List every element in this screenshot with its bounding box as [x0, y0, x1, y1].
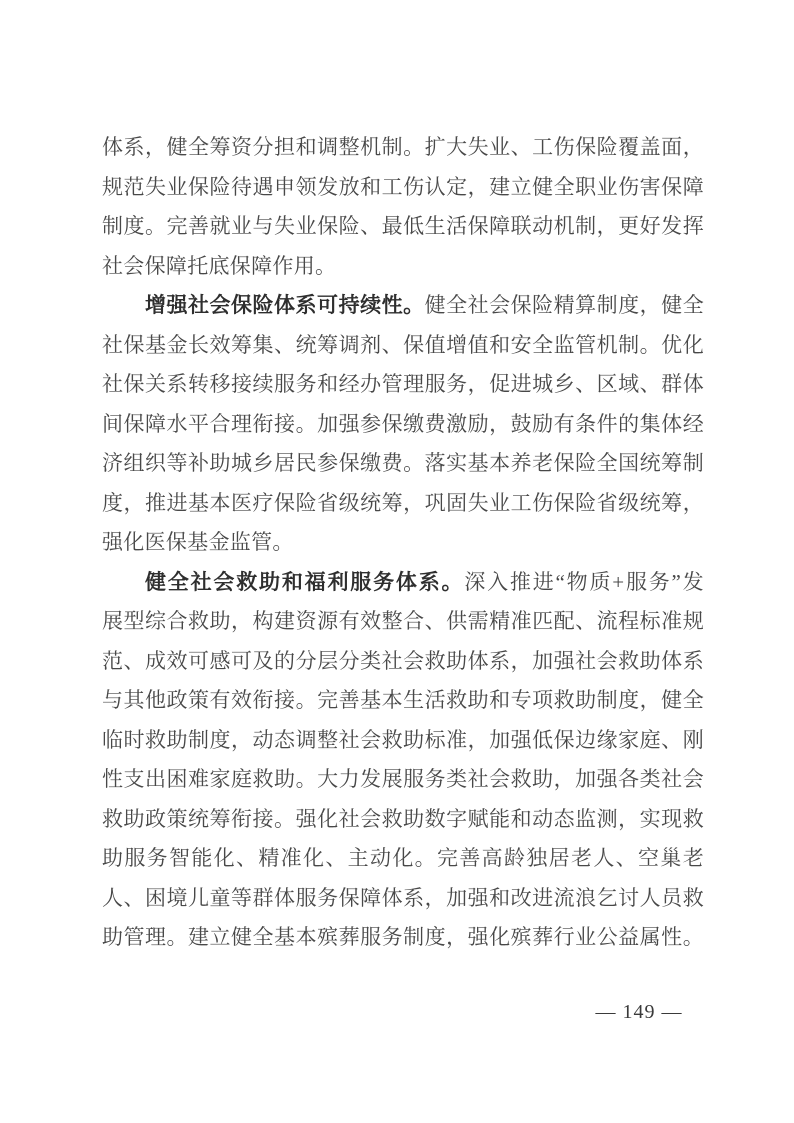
- text-line: 社保关系转移接续服务和经办管理服务，促进城乡、区域、群体: [102, 365, 704, 405]
- text-line: 展型综合救助，构建资源有效整合、供需精准匹配、流程标准规: [102, 602, 704, 642]
- text-line: 增强社会保险体系可持续性。健全社会保险精算制度，健全: [102, 286, 704, 326]
- text-line: 与其他政策有效衔接。完善基本生活救助和专项救助制度，健全: [102, 681, 704, 721]
- text-line: 济组织等补助城乡居民参保缴费。落实基本养老保险全国统筹制: [102, 444, 704, 484]
- page-number: — 149 —: [561, 1000, 717, 1024]
- text-line: 性支出困难家庭救助。大力发展服务类社会救助，加强各类社会: [102, 760, 704, 800]
- text-line: 健全社会救助和福利服务体系。深入推进“物质+服务”发: [102, 563, 704, 603]
- paragraph-lead-bold: 增强社会保险体系可持续性。: [145, 293, 425, 317]
- body-text: 体系，健全筹资分担和调整机制。扩大失业、工伤保险覆盖面，规范失业保险待遇申领发放…: [102, 128, 704, 958]
- document-page: 体系，健全筹资分担和调整机制。扩大失业、工伤保险覆盖面，规范失业保险待遇申领发放…: [0, 0, 794, 1123]
- text-line: 度，推进基本医疗保险省级统筹，巩固失业工伤保险省级统筹，: [102, 484, 704, 524]
- text-line: 社会保障托底保障作用。: [102, 247, 704, 287]
- text-line: 临时救助制度，动态调整社会救助标准，加强低保边缘家庭、刚: [102, 721, 704, 761]
- text-line: 范、成效可感可及的分层分类社会救助体系，加强社会救助体系: [102, 642, 704, 682]
- text-line: 强化医保基金监管。: [102, 523, 704, 563]
- text-line: 间保障水平合理衔接。加强参保缴费激励，鼓励有条件的集体经: [102, 405, 704, 445]
- paragraph-lead-bold: 健全社会救助和福利服务体系。: [145, 570, 464, 594]
- text-line: 救助政策统筹衔接。强化社会救助数字赋能和动态监测，实现救: [102, 800, 704, 840]
- text-line: 助管理。建立健全基本殡葬服务制度，强化殡葬行业公益属性。: [102, 918, 704, 958]
- text-line: 社保基金长效筹集、统筹调剂、保值增值和安全监管机制。优化: [102, 326, 704, 366]
- text-line: 制度。完善就业与失业保险、最低生活保障联动机制，更好发挥: [102, 207, 704, 247]
- text-line: 助服务智能化、精准化、主动化。完善高龄独居老人、空巢老: [102, 839, 704, 879]
- text-line: 人、困境儿童等群体服务保障体系，加强和改进流浪乞讨人员救: [102, 879, 704, 919]
- text-line: 体系，健全筹资分担和调整机制。扩大失业、工伤保险覆盖面，: [102, 128, 704, 168]
- text-line: 规范失业保险待遇申领发放和工伤认定，建立健全职业伤害保障: [102, 168, 704, 208]
